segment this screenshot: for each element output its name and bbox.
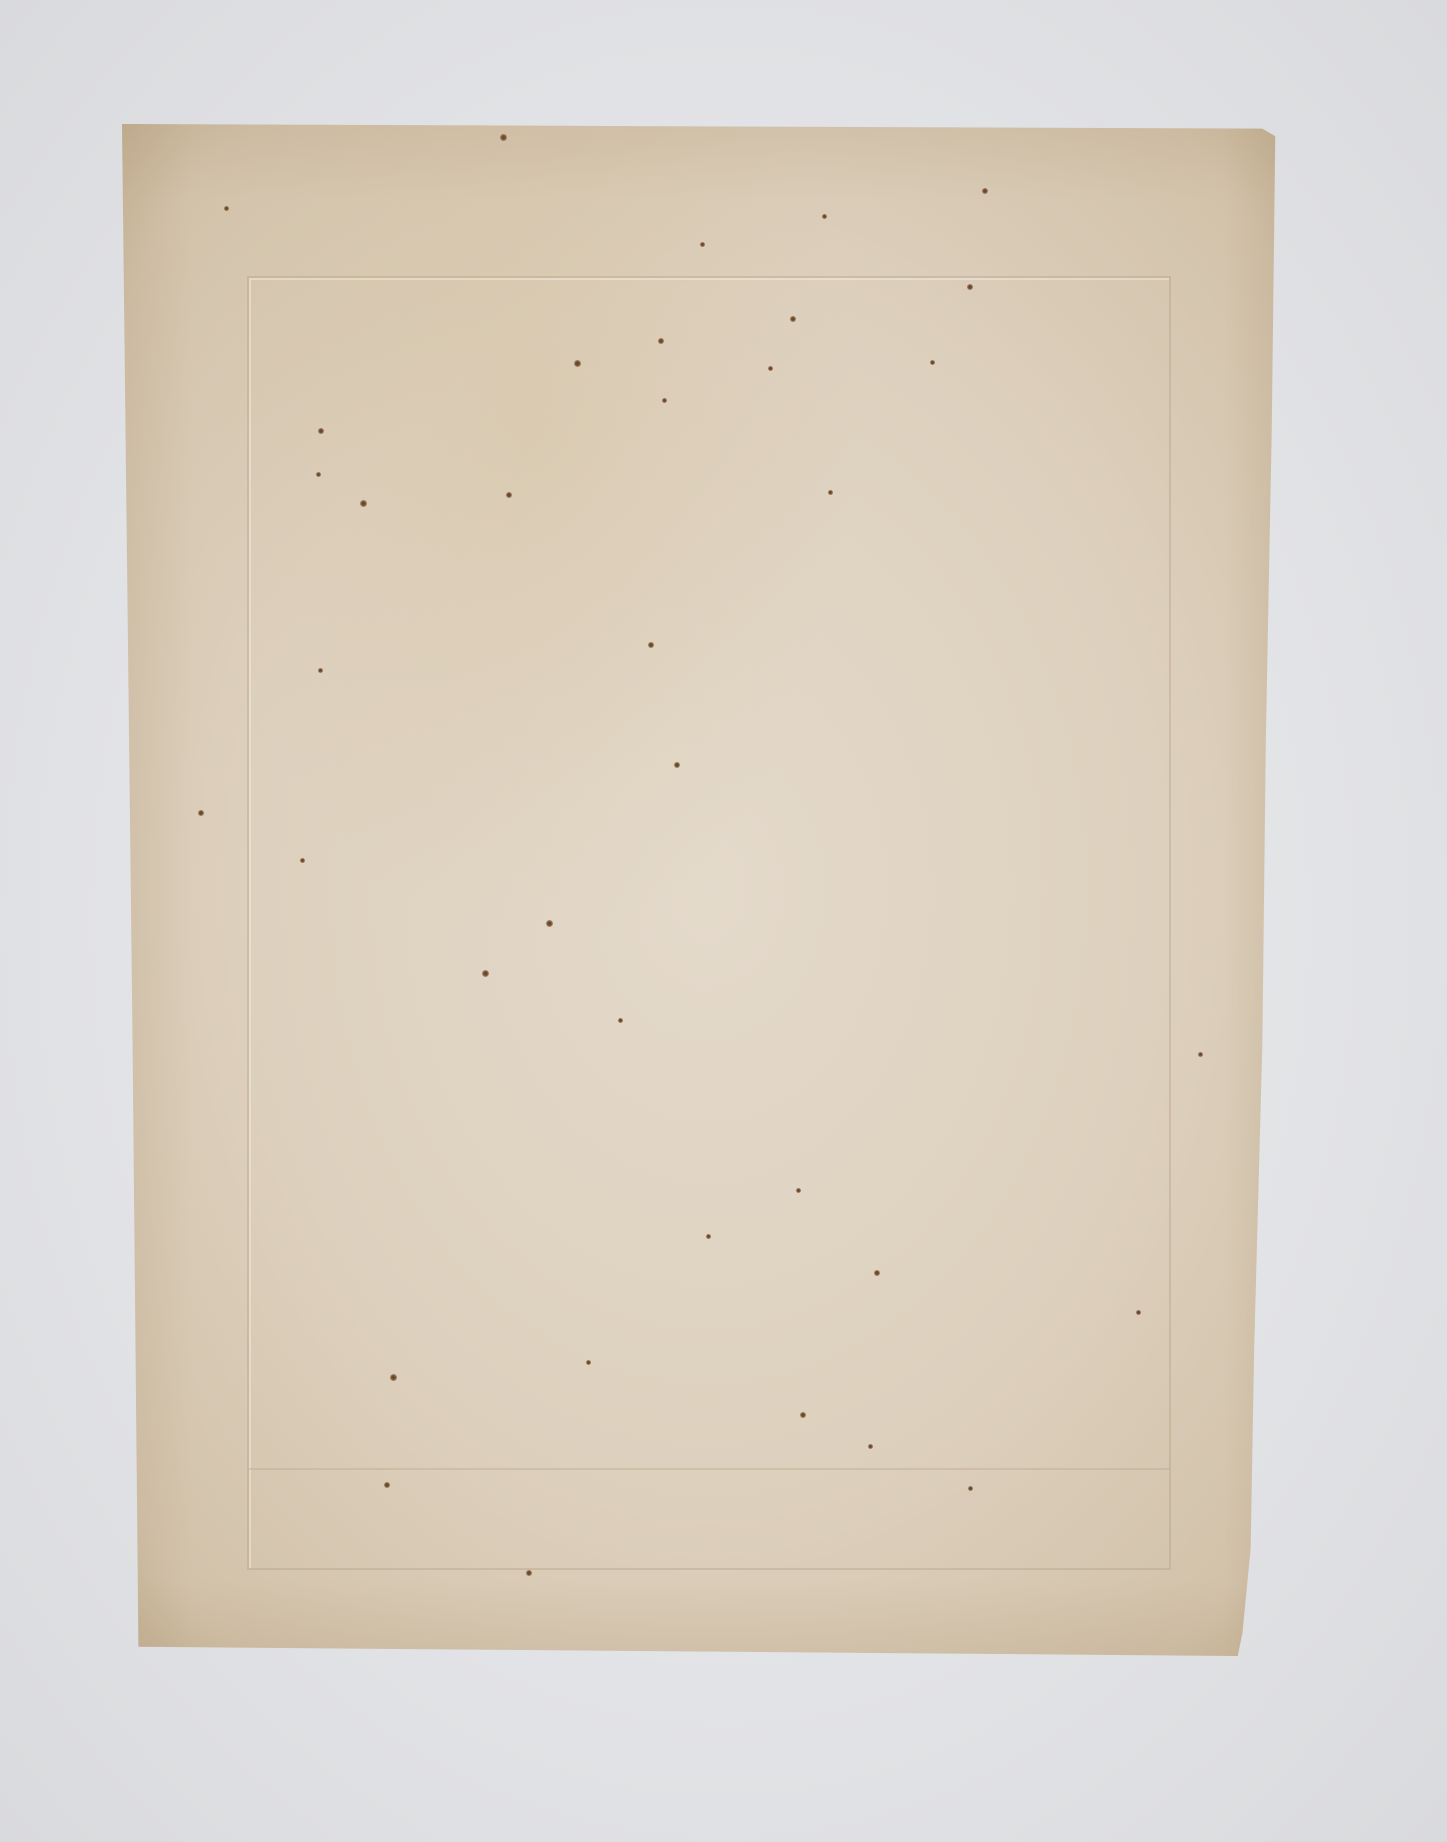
foxing-spot [768, 366, 773, 371]
foxing-spot [822, 214, 827, 219]
foxing-spot [586, 1360, 591, 1365]
foxing-spot [384, 1482, 390, 1488]
foxing-spot [930, 360, 935, 365]
foxing-spot [360, 500, 367, 507]
foxing-spot [546, 920, 553, 927]
foxing-spot [1136, 1310, 1141, 1315]
foxing-spot [526, 1570, 532, 1576]
foxing-spot [796, 1188, 801, 1193]
foxing-spot [198, 810, 204, 816]
foxing-spot [318, 428, 324, 434]
foxing-spot [500, 134, 507, 141]
foxing-spot [574, 360, 581, 367]
photo-scene [0, 0, 1447, 1842]
foxing-spot [1198, 1052, 1203, 1057]
foxing-spot [968, 1486, 973, 1491]
foxing-spot [706, 1234, 711, 1239]
foxing-spot [224, 206, 229, 211]
foxing-spot [658, 338, 664, 344]
aged-paper-sheet [122, 124, 1294, 1656]
plate-mark-lower-band [249, 1468, 1169, 1570]
foxing-spot [982, 188, 988, 194]
foxing-spot [506, 492, 512, 498]
foxing-spot [390, 1374, 397, 1381]
foxing-spot [318, 668, 323, 673]
foxing-spot [618, 1018, 623, 1023]
foxing-spot [700, 242, 705, 247]
foxing-spot [662, 398, 667, 403]
foxing-spot [648, 642, 654, 648]
foxing-spot [800, 1412, 806, 1418]
foxing-spot [868, 1444, 873, 1449]
foxing-spot [674, 762, 680, 768]
plate-mark-impression [247, 276, 1171, 1570]
foxing-spot [790, 316, 796, 322]
foxing-spot [482, 970, 489, 977]
foxing-spot [316, 472, 321, 477]
foxing-spot [828, 490, 833, 495]
foxing-spot [874, 1270, 880, 1276]
foxing-spot [300, 858, 305, 863]
foxing-spot [967, 284, 973, 290]
